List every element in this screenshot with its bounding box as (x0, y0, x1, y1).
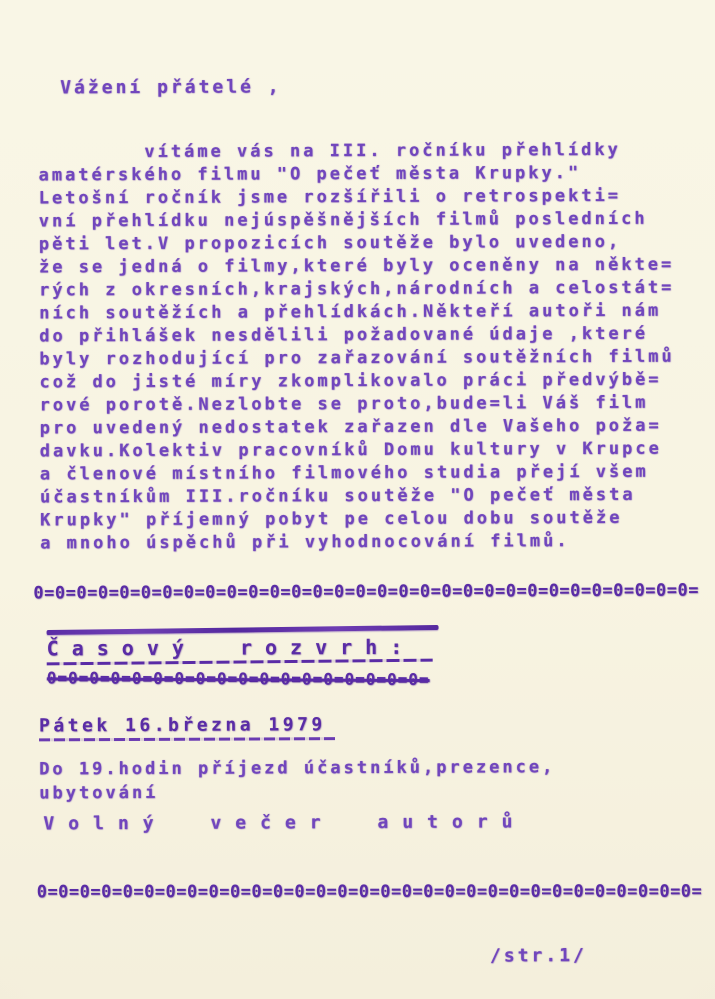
schedule-heading-title: Časový rozvrh: (47, 635, 447, 661)
heading-top-rule (47, 625, 439, 635)
schedule-heading-block: Časový rozvrh: 0=0=0=0=0=0=0=0=0=0=0=0=0… (47, 627, 447, 688)
salutation-text: Vážení přátelé , (60, 76, 281, 98)
friday-section: Pátek 16.března 1979 (39, 714, 335, 741)
letter-body-paragraph: vítáme vás na III. ročníku přehlídky ama… (38, 139, 675, 556)
chain-divider-top: 0=0=0=0=0=0=0=0=0=0=0=0=0=0=0=0=0=0=0=0=… (33, 581, 699, 604)
heading-chain-rule: 0=0=0=0=0=0=0=0=0=0=0=0=0=0=0=0=0=0= (47, 668, 447, 689)
page-content: Vážení přátelé , vítáme vás na III. ročn… (0, 0, 715, 999)
friday-arrival-text: Do 19.hodin příjezd účastníků,prezence, … (39, 755, 555, 805)
friday-date-underline (39, 737, 335, 741)
friday-date-title: Pátek 16.března 1979 (39, 714, 335, 736)
page-number: /str.1/ (490, 945, 587, 966)
chain-divider-bottom: 0=0=0=0=0=0=0=0=0=0=0=0=0=0=0=0=0=0=0=0=… (37, 882, 703, 903)
friday-evening-text: Volný večer autorů (43, 811, 526, 834)
scanned-letter-page: Vážení přátelé , vítáme vás na III. ročn… (0, 0, 715, 999)
